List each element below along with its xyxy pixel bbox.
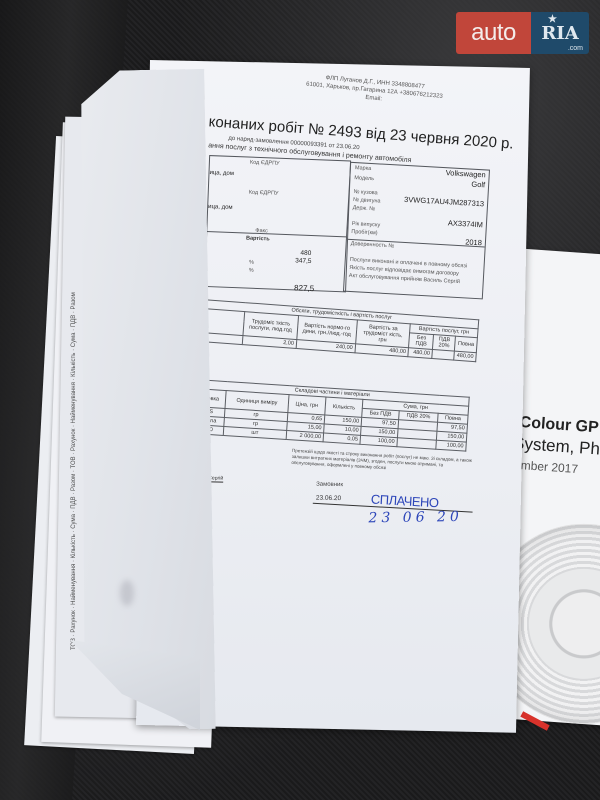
star-icon: ★ <box>548 14 557 25</box>
customer-label: Замовник <box>316 482 343 489</box>
services-subheader: Повна <box>455 336 478 353</box>
folded-paper-sheet <box>74 69 215 731</box>
cost-label: Вартість <box>246 236 270 243</box>
services-subheader: ПДВ 20% <box>433 335 456 352</box>
part-no-vat: 100,00 <box>360 435 397 446</box>
total-cost: 827,5 <box>294 283 314 293</box>
service-vat <box>432 350 454 361</box>
mileage-label: Пробіг(км) <box>351 229 378 236</box>
paper-smudge <box>120 580 134 606</box>
handwritten-date: 23 06 20 <box>368 509 463 526</box>
autoria-logo: auto ★ RIA .com <box>456 12 589 54</box>
vehicle-make: Volkswagen <box>445 168 485 179</box>
model-label: Модель <box>354 175 374 182</box>
part-total: 100,00 <box>436 440 466 451</box>
signature-date: 23.06.20 <box>316 495 341 503</box>
parts-cost: 347,5 <box>295 257 312 265</box>
vehicle-model: Golf <box>471 180 485 190</box>
services-cost: 480 <box>300 250 311 257</box>
vehicle-info-box: Марка Volkswagen Модель Golf № кузова 3V… <box>343 162 490 300</box>
part-price: 2 000,00 <box>286 430 324 441</box>
address-label-2: ица, дом <box>208 204 233 211</box>
year-label: Рік випуску <box>352 221 381 229</box>
pct-1: % <box>249 260 254 266</box>
address-label: ица, дом <box>209 170 234 177</box>
client-info-box: Код ЄДРПУ ица, дом Код ЄДРПУ ица, дом Фа… <box>204 155 351 292</box>
edrpou-label-2: Код ЄДРПУ <box>249 190 279 197</box>
logo-ria-block: ★ RIA .com <box>531 12 589 54</box>
cost-summary: Вартість 480 347,5 % % 827,5 <box>204 231 346 292</box>
part-vat <box>397 438 437 450</box>
company-header: ФЛП Луганов Д.Г., ИНН 3348808477 61001, … <box>289 71 460 110</box>
make-label: Марка <box>355 165 372 172</box>
acceptance-note: Претензій щодо якості та строку виконанн… <box>291 448 472 476</box>
parts-header: Ціна, грн <box>287 395 326 415</box>
vehicle-vin: 3VWG17AU4JM287313 <box>404 195 484 208</box>
logo-domain: .com <box>568 45 583 52</box>
logo-auto-text: auto <box>456 12 531 54</box>
vehicle-plate: AX3374IM <box>448 218 483 229</box>
services-table: Обсяги, трудомісткість і вартість послуг… <box>202 299 479 362</box>
parts-header: Кількість <box>325 397 363 417</box>
engine-label: № двигуна <box>353 197 381 205</box>
edrpou-label: Код ЄДРПУ <box>250 160 280 167</box>
services-subheader: Без ПДВ <box>409 333 434 350</box>
services-name-col <box>203 309 245 336</box>
plate-label: Держ. № <box>352 205 375 212</box>
pct-2: % <box>249 268 254 274</box>
poa-label: Доверенность № <box>350 241 394 249</box>
parts-table: Складові частини і матеріали адовка Один… <box>192 379 470 452</box>
vin-label: № кузова <box>353 189 377 196</box>
service-total: 480,00 <box>454 351 476 362</box>
part-qty: 0,05 <box>323 433 361 444</box>
service-no-vat: 480,00 <box>408 348 433 359</box>
logo-ria-text: RIA <box>541 23 578 44</box>
